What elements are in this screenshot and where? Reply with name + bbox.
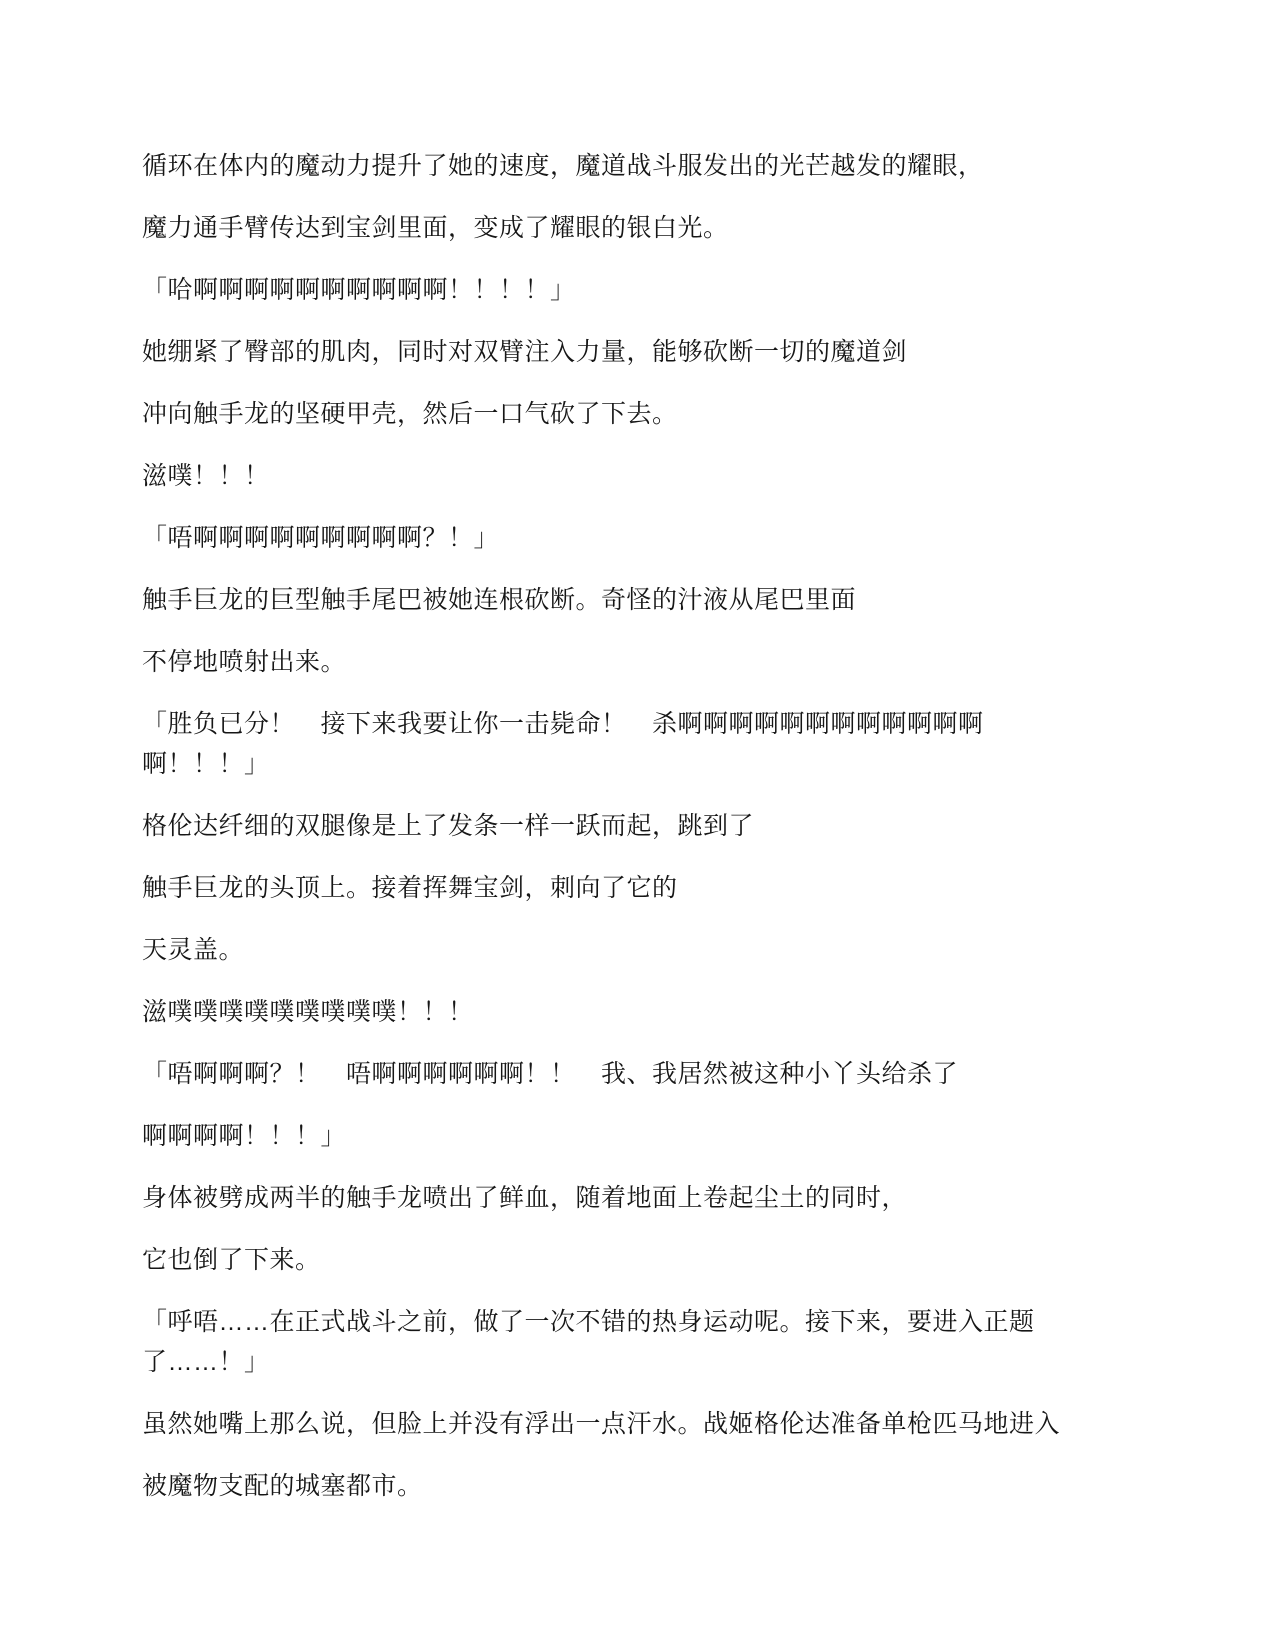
paragraph-dialogue: 「哈啊啊啊啊啊啊啊啊啊啊！！！！」 — [142, 270, 1182, 310]
text-line: 它也倒了下来。 — [142, 1240, 1182, 1280]
text-line: 格伦达纤细的双腿像是上了发条一样一跃而起，跳到了 — [142, 806, 1182, 846]
paragraph-dialogue: 啊啊啊啊！！！」 — [142, 1116, 1182, 1156]
paragraph: 触手巨龙的巨型触手尾巴被她连根砍断。奇怪的汁液从尾巴里面 — [142, 580, 1182, 620]
text-line: 触手巨龙的头顶上。接着挥舞宝剑，刺向了它的 — [142, 868, 1182, 908]
text-line: 被魔物支配的城塞都市。 — [142, 1466, 1182, 1506]
paragraph: 它也倒了下来。 — [142, 1240, 1182, 1280]
paragraph: 格伦达纤细的双腿像是上了发条一样一跃而起，跳到了 — [142, 806, 1182, 846]
paragraph-dialogue: 「唔啊啊啊啊啊啊啊啊啊？！」 — [142, 518, 1182, 558]
text-line: 身体被劈成两半的触手龙喷出了鲜血，随着地面上卷起尘土的同时， — [142, 1178, 1182, 1218]
paragraph-sfx: 滋噗噗噗噗噗噗噗噗噗！！！ — [142, 992, 1182, 1032]
text-content: 循环在体内的魔动力提升了她的速度，魔道战斗服发出的光芒越发的耀眼， 魔力通手臂传… — [142, 146, 1182, 1528]
text-line: 「哈啊啊啊啊啊啊啊啊啊啊！！！！」 — [142, 270, 1182, 310]
paragraph: 她绷紧了臀部的肌肉，同时对双臂注入力量，能够砍断一切的魔道剑 — [142, 332, 1182, 372]
text-line: 「唔啊啊啊？！ 唔啊啊啊啊啊啊！！ 我、我居然被这种小丫头给杀了 — [142, 1054, 1182, 1094]
paragraph: 被魔物支配的城塞都市。 — [142, 1466, 1182, 1506]
paragraph: 虽然她嘴上那么说，但脸上并没有浮出一点汗水。战姬格伦达准备单枪匹马地进入 — [142, 1404, 1182, 1444]
paragraph: 魔力通手臂传达到宝剑里面，变成了耀眼的银白光。 — [142, 208, 1182, 248]
text-line: 「唔啊啊啊啊啊啊啊啊啊？！」 — [142, 518, 1182, 558]
paragraph: 循环在体内的魔动力提升了她的速度，魔道战斗服发出的光芒越发的耀眼， — [142, 146, 1182, 186]
paragraph-sfx: 滋噗！！！ — [142, 456, 1182, 496]
text-line: 「呼唔……在正式战斗之前，做了一次不错的热身运动呢。接下来，要进入正题 — [142, 1302, 1182, 1342]
paragraph: 天灵盖。 — [142, 930, 1182, 970]
text-line: 虽然她嘴上那么说，但脸上并没有浮出一点汗水。战姬格伦达准备单枪匹马地进入 — [142, 1404, 1182, 1444]
document-page: 循环在体内的魔动力提升了她的速度，魔道战斗服发出的光芒越发的耀眼， 魔力通手臂传… — [0, 0, 1275, 1650]
text-line: 啊！！！」 — [142, 744, 1182, 784]
paragraph-dialogue: 「呼唔……在正式战斗之前，做了一次不错的热身运动呢。接下来，要进入正题 了……！… — [142, 1302, 1182, 1382]
text-line: 滋噗噗噗噗噗噗噗噗噗！！！ — [142, 992, 1182, 1032]
text-line: 滋噗！！！ — [142, 456, 1182, 496]
text-line: 魔力通手臂传达到宝剑里面，变成了耀眼的银白光。 — [142, 208, 1182, 248]
text-line: 冲向触手龙的坚硬甲壳，然后一口气砍了下去。 — [142, 394, 1182, 434]
text-line: 「胜负已分！ 接下来我要让你一击毙命！ 杀啊啊啊啊啊啊啊啊啊啊啊啊 — [142, 704, 1182, 744]
paragraph: 不停地喷射出来。 — [142, 642, 1182, 682]
paragraph: 冲向触手龙的坚硬甲壳，然后一口气砍了下去。 — [142, 394, 1182, 434]
text-line: 啊啊啊啊！！！」 — [142, 1116, 1182, 1156]
text-line: 了……！」 — [142, 1342, 1182, 1382]
text-line: 她绷紧了臀部的肌肉，同时对双臂注入力量，能够砍断一切的魔道剑 — [142, 332, 1182, 372]
paragraph-dialogue: 「胜负已分！ 接下来我要让你一击毙命！ 杀啊啊啊啊啊啊啊啊啊啊啊啊 啊！！！」 — [142, 704, 1182, 784]
text-line: 天灵盖。 — [142, 930, 1182, 970]
paragraph-dialogue: 「唔啊啊啊？！ 唔啊啊啊啊啊啊！！ 我、我居然被这种小丫头给杀了 — [142, 1054, 1182, 1094]
text-line: 触手巨龙的巨型触手尾巴被她连根砍断。奇怪的汁液从尾巴里面 — [142, 580, 1182, 620]
paragraph: 触手巨龙的头顶上。接着挥舞宝剑，刺向了它的 — [142, 868, 1182, 908]
paragraph: 身体被劈成两半的触手龙喷出了鲜血，随着地面上卷起尘土的同时， — [142, 1178, 1182, 1218]
text-line: 循环在体内的魔动力提升了她的速度，魔道战斗服发出的光芒越发的耀眼， — [142, 146, 1182, 186]
text-line: 不停地喷射出来。 — [142, 642, 1182, 682]
